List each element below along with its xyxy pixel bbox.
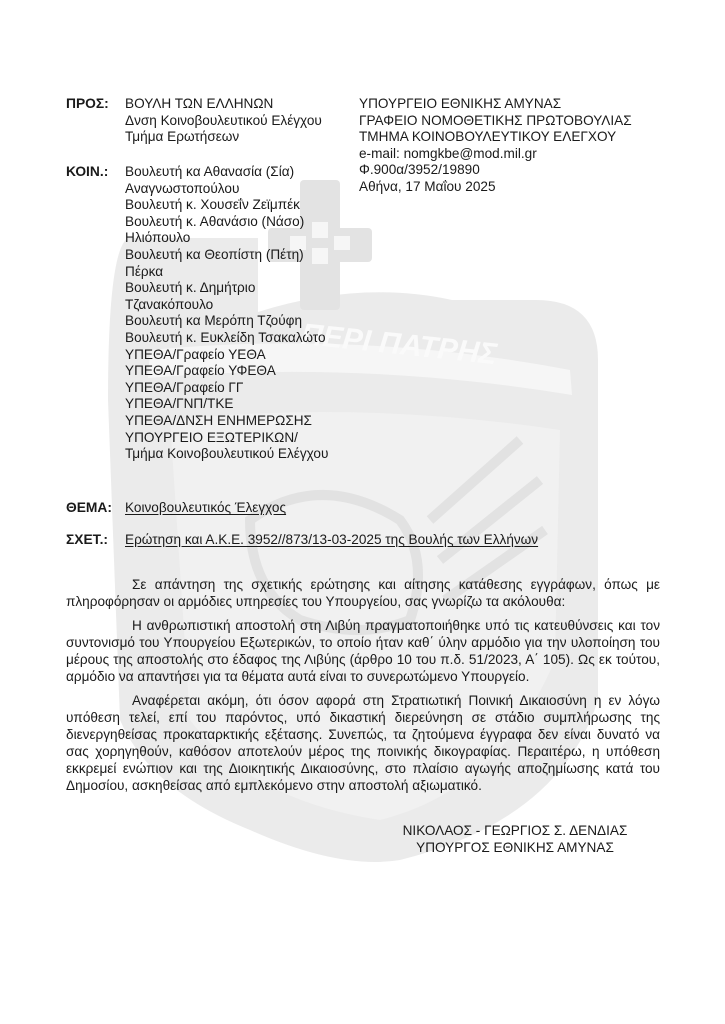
cc-item: ΥΠΕΘΑ/ΓΝΠ/ΤΚΕ	[125, 396, 328, 413]
cc-item: ΥΠΕΘΑ/Γραφείο ΥΦΕΘΑ	[125, 363, 328, 380]
document-date: Αθήνα, 17 Μαΐου 2025	[359, 179, 632, 196]
office-name: ΓΡΑΦΕΙΟ ΝΟΜΟΘΕΤΙΚΗΣ ΠΡΩΤΟΒΟΥΛΙΑΣ	[359, 113, 632, 130]
signatory-name: ΝΙΚΟΛΑΟΣ - ΓΕΩΡΓΙΟΣ Σ. ΔΕΝΔΙΑΣ	[376, 823, 654, 840]
cc-item: ΥΠΕΘΑ/Γραφείο ΓΓ	[125, 380, 328, 397]
cc-item: Τμήμα Κοινοβουλευτικού Ελέγχου	[125, 446, 328, 463]
reference-text: Ερώτηση και Α.Κ.Ε. 3952//873/13-03-2025 …	[125, 532, 538, 549]
cc-item: Ηλιόπουλο	[125, 230, 328, 247]
cc-item: Βουλευτή κα Μερόπη Τζούφη	[125, 313, 328, 330]
body-paragraph: Η ανθρωπιστική αποστολή στη Λιβύη πραγμα…	[66, 617, 660, 685]
reference-label: ΣΧΕΤ.:	[66, 532, 108, 549]
body-paragraph: Σε απάντηση της σχετικής ερώτησης και αί…	[66, 576, 660, 610]
recipient-block: ΒΟΥΛΗ ΤΩΝ ΕΛΛΗΝΩΝ Δνση Κοινοβουλευτικού …	[125, 96, 322, 146]
sender-email: e-mail: nomgkbe@mod.mil.gr	[359, 146, 632, 163]
cc-item: Βουλευτή κ. Αθανάσιο (Νάσο)	[125, 214, 328, 231]
cc-label: ΚΟΙΝ.:	[66, 164, 108, 181]
protocol-number: Φ.900α/3952/19890	[359, 162, 632, 179]
cc-item: Βουλευτή κα Αθανασία (Σία)	[125, 164, 328, 181]
cc-item: Βουλευτή κ. Ευκλείδη Τσακαλώτο	[125, 330, 328, 347]
cc-item: Βουλευτή κα Θεοπίστη (Πέτη)	[125, 247, 328, 264]
recipient-line: ΒΟΥΛΗ ΤΩΝ ΕΛΛΗΝΩΝ	[125, 96, 322, 113]
recipient-line: Τμήμα Ερωτήσεων	[125, 129, 322, 146]
cc-item: ΥΠΟΥΡΓΕΙΟ ΕΞΩΤΕΡΙΚΩΝ/	[125, 430, 328, 447]
cc-item: Βουλευτή κ. Χουσεΐν Ζεϊμπέκ	[125, 197, 328, 214]
cc-item: Πέρκα	[125, 264, 328, 281]
ministry-name: ΥΠΟΥΡΓΕΙΟ ΕΘΝΙΚΗΣ ΑΜΥΝΑΣ	[359, 96, 632, 113]
cc-item: Τζανακόπουλο	[125, 297, 328, 314]
department-name: ΤΜΗΜΑ ΚΟΙΝΟΒΟΥΛΕΥΤΙΚΟΥ ΕΛΕΓΧΟΥ	[359, 129, 632, 146]
cc-item: ΥΠΕΘΑ/ΔΝΣΗ ΕΝΗΜΕΡΩΣΗΣ	[125, 413, 328, 430]
cc-item: ΥΠΕΘΑ/Γραφείο ΥΕΘΑ	[125, 347, 328, 364]
recipient-label: ΠΡΟΣ:	[66, 96, 109, 113]
cc-item: Αναγνωστοπούλου	[125, 181, 328, 198]
subject-text: Κοινοβουλευτικός Έλεγχος	[125, 500, 286, 517]
cc-list: Βουλευτή κα Αθανασία (Σία) Αναγνωστοπούλ…	[125, 164, 328, 463]
sender-block: ΥΠΟΥΡΓΕΙΟ ΕΘΝΙΚΗΣ ΑΜΥΝΑΣ ΓΡΑΦΕΙΟ ΝΟΜΟΘΕΤ…	[359, 96, 632, 196]
cc-item: Βουλευτή κ. Δημήτριο	[125, 280, 328, 297]
signature-block: ΝΙΚΟΛΑΟΣ - ΓΕΩΡΓΙΟΣ Σ. ΔΕΝΔΙΑΣ ΥΠΟΥΡΓΟΣ …	[376, 823, 654, 856]
subject-label: ΘΕΜΑ:	[66, 500, 112, 517]
body-paragraph: Αναφέρεται ακόμη, ότι όσον αφορά στη Στρ…	[66, 692, 660, 794]
signatory-title: ΥΠΟΥΡΓΟΣ ΕΘΝΙΚΗΣ ΑΜΥΝΑΣ	[376, 840, 654, 857]
recipient-line: Δνση Κοινοβουλευτικού Ελέγχου	[125, 113, 322, 130]
letter-body: Σε απάντηση της σχετικής ερώτησης και αί…	[66, 576, 660, 801]
letter-page: ΠΡΟΣ: ΒΟΥΛΗ ΤΩΝ ΕΛΛΗΝΩΝ Δνση Κοινοβουλευ…	[0, 0, 725, 1024]
